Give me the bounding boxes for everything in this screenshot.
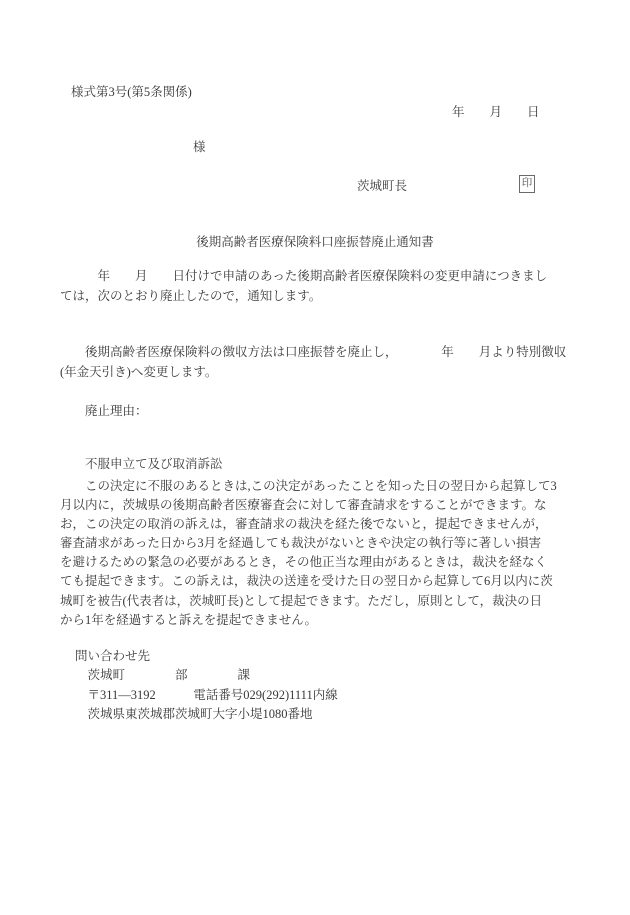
contact-office-line: 茨城町 部 課 <box>75 666 338 685</box>
notification-line: ては，次のとおり廃止したので，通知します。 <box>60 287 547 307</box>
contact-address-line: 茨城県東茨城郡茨城町大字小堤1080番地 <box>75 705 338 724</box>
appeal-section-heading: 不服申立て及び取消訴訟 <box>60 454 223 472</box>
date-line: 年 月 日 <box>452 102 540 120</box>
seal-stamp-box: 印 <box>519 175 535 193</box>
appeal-line: 審査請求があった日から3月を経過しても裁決がないときや決定の執行等に著しい損害 <box>60 534 557 553</box>
contact-heading: 問い合わせ先 <box>75 647 338 666</box>
appeal-line: 城町を被告(代表者は，茨城町長)として提起できます。ただし，原則として，裁決の日 <box>60 592 557 611</box>
form-number: 様式第3号(第5条関係) <box>71 82 192 100</box>
appeal-line: から1年を経過すると訴えを提起できません。 <box>60 611 557 630</box>
document-page: 様式第3号(第5条関係) 年 月 日 様 茨城町長 印 後期高齢者医療保険料口座… <box>0 0 630 915</box>
appeal-paragraph: この決定に不服のあるときは,この決定があったことを知った日の翌日から起算して3 … <box>60 477 557 630</box>
appeal-line: お，この決定の取消の訴えは，審査請求の裁決を経た後でないと，提起できませんが， <box>60 515 557 534</box>
change-notice-line: (年金天引き)へ変更します。 <box>60 363 566 383</box>
notification-line: 年 月 日付けで申請のあった後期高齢者医療保険料の変更申請につきまし <box>60 267 547 287</box>
change-notice-line: 後期高齢者医療保険料の徴収方法は口座振替を廃止し， 年 月より特別徴収 <box>60 343 566 363</box>
issuer-name: 茨城町長 <box>357 176 407 194</box>
addressee-honorific: 様 <box>193 137 206 155</box>
notification-paragraph: 年 月 日付けで申請のあった後期高齢者医療保険料の変更申請につきまし ては，次の… <box>60 267 547 306</box>
appeal-line: を避けるための緊急の必要があるとき，その他正当な理由があるときは，裁決を経なく <box>60 553 557 572</box>
change-notice-paragraph: 後期高齢者医療保険料の徴収方法は口座振替を廃止し， 年 月より特別徴収 (年金天… <box>60 343 566 382</box>
appeal-line: ても提起できます。この訴えは，裁決の送達を受けた日の翌日から起算して6月以内に茨 <box>60 572 557 591</box>
appeal-line: 月以内に，茨城県の後期高齢者医療審査会に対して審査請求をすることができます。な <box>60 496 557 515</box>
document-title: 後期高齢者医療保険料口座振替廃止通知書 <box>0 232 630 250</box>
cancellation-reason-label: 廃止理由： <box>60 401 148 419</box>
appeal-line: この決定に不服のあるときは,この決定があったことを知った日の翌日から起算して3 <box>60 477 557 496</box>
contact-phone-line: 〒311―3192 電話番号029(292)1111内線 <box>75 686 338 705</box>
contact-section: 問い合わせ先 茨城町 部 課 〒311―3192 電話番号029(292)111… <box>75 647 338 724</box>
